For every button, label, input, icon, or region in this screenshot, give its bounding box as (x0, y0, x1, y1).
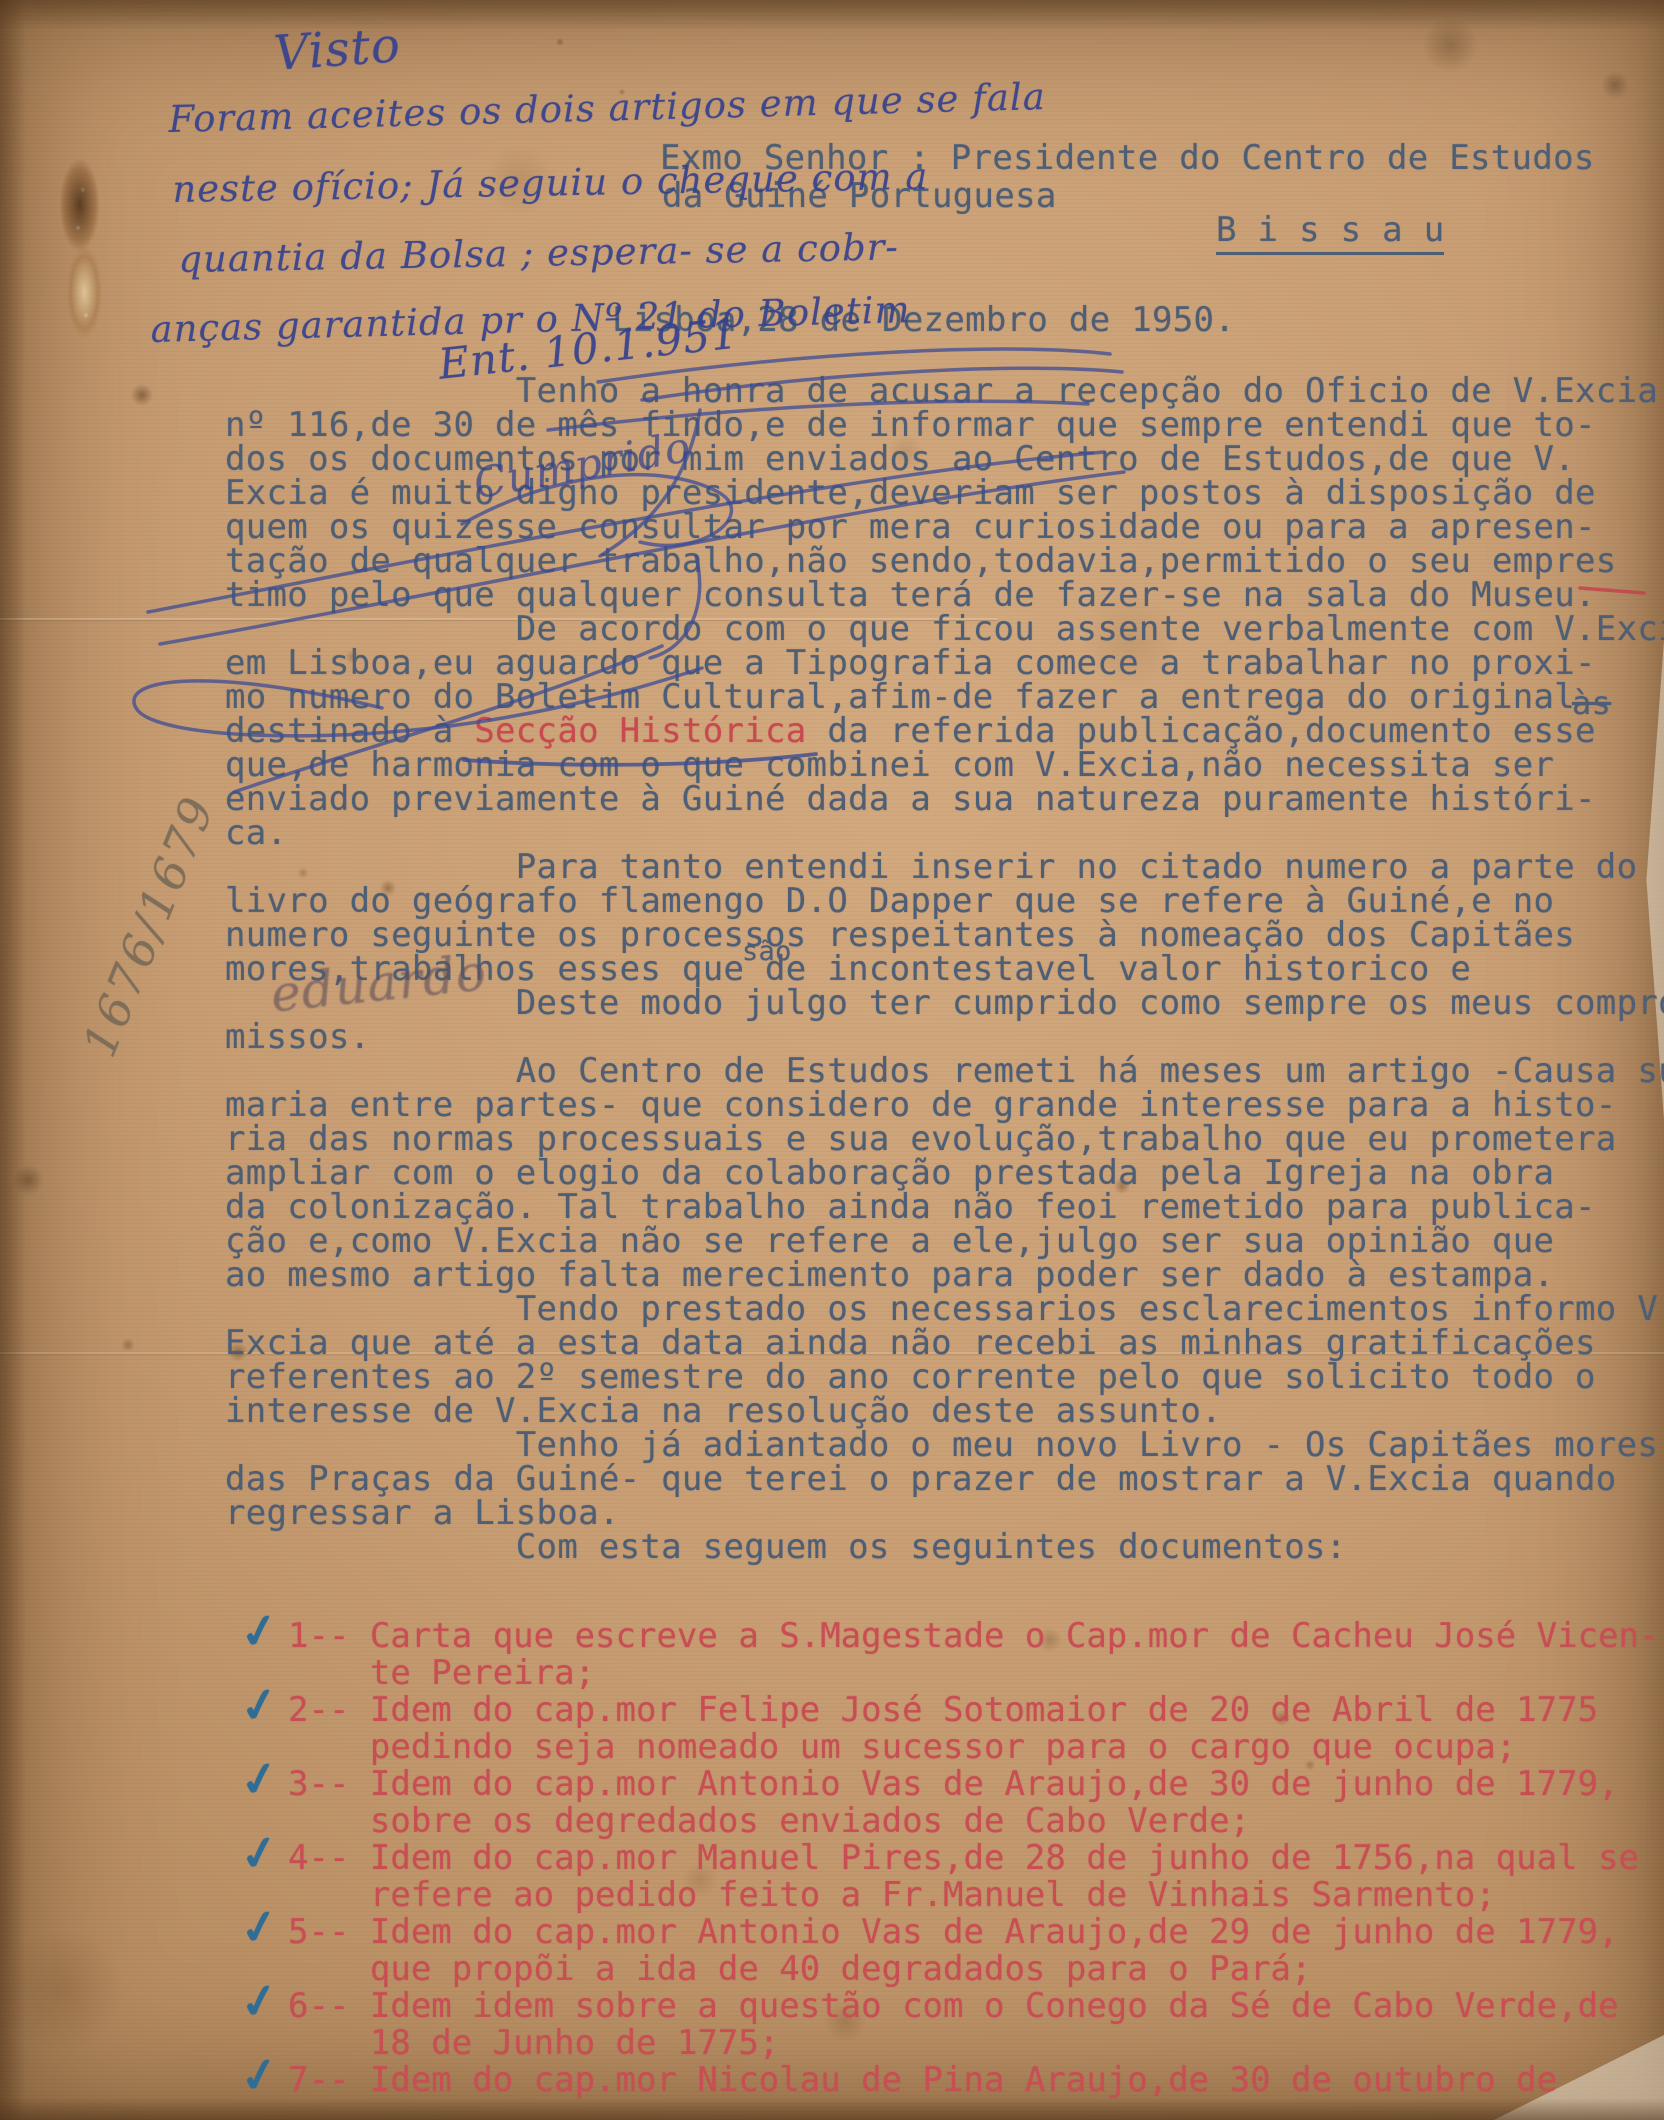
checkmark-item-2: ✓ (236, 1675, 283, 1735)
city-line: B i s s a u (1216, 210, 1444, 250)
interline-insert-sao: são (742, 936, 792, 967)
checkmark-item-4: ✓ (236, 1823, 283, 1883)
handwriting-line-1: Foram aceites os dois artigos em que se … (168, 75, 1046, 141)
rust-staple-stain (38, 148, 118, 338)
checkmark-item-6: ✓ (236, 1971, 283, 2031)
checkmark-item-3: ✓ (236, 1749, 283, 1809)
checkmark-item-1: ✓ (236, 1601, 283, 1661)
checkmark-item-5: ✓ (236, 1897, 283, 1957)
pencil-archive-number: 1676/1679 (72, 788, 226, 1065)
checkmark-item-7: ✓ (236, 2045, 283, 2105)
struck-word-as: às (1572, 684, 1611, 722)
body-text-part1: Tenho a honra de acusar a recepção do Of… (225, 371, 1664, 751)
edge-shadow-top (0, 0, 1664, 30)
documents-list: 1-- Carta que escreve a S.Magestade o Ca… (288, 1618, 1659, 2099)
edge-shadow-bottom (0, 2098, 1664, 2120)
handwriting-line-3: quantia da Bolsa ; espera- se a cobr- (178, 225, 899, 281)
city-underlined: B i s s a u (1216, 210, 1444, 255)
body-text-part2: da referida publicação,documento esse qu… (225, 711, 1664, 1567)
scanned-letter-page: Exmo Senhor : Presidente do Centro de Es… (0, 0, 1664, 2120)
edge-shadow-left (0, 0, 26, 2120)
